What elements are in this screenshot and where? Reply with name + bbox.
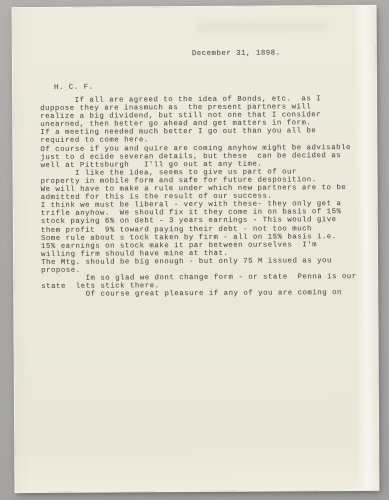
letter-paper: December 31, 1898. H. C. F. If all are a…: [13, 6, 379, 492]
letter-body: If all are agreed to the idea of Bonds, …: [40, 95, 371, 299]
body-line: Of course great pleasure if any of you a…: [41, 289, 371, 299]
letter-date: December 31, 1898.: [192, 49, 281, 58]
faint-smudge: [199, 21, 327, 32]
letter-salutation: H. C. F.: [54, 84, 93, 92]
